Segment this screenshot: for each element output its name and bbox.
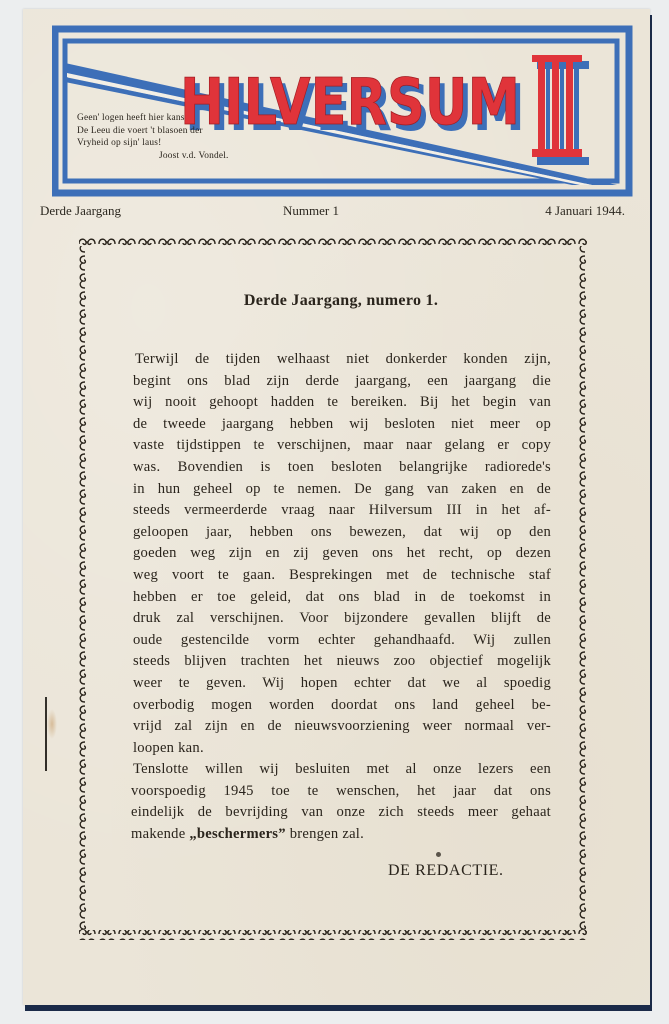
text-line: in hun geheel op te nemen. De gang van z… <box>131 479 551 501</box>
text-line: begint ons blad zijn derde jaargang, een… <box>131 371 551 393</box>
text-line: druk zal verschijnen. Voor bijzondere ge… <box>131 608 551 630</box>
editorial-article: Derde Jaargang, numero 1. Terwijl de tij… <box>131 292 551 846</box>
text-fragment: makende <box>131 826 189 842</box>
text-line: Tenslotte willen wij besluiten met al on… <box>131 759 551 781</box>
motto-author: Joost v.d. Vondel. <box>77 150 229 163</box>
text-line: overbodig mogen worden doordat ons land … <box>131 695 551 717</box>
signature: DE REDACTIE. <box>388 862 504 880</box>
text-line: voorspoedig 1945 toe te wenschen, het ja… <box>131 781 551 803</box>
motto-line: De Leeu die voert 't blasoen der <box>77 125 229 138</box>
motto-line: Geen' logen heeft hier kans <box>77 112 229 125</box>
text-line: makende „beschermers” brengen zal. <box>131 824 551 846</box>
text-line: eindelijk de bevrijding van onze zich st… <box>131 802 551 824</box>
text-line: steeds vermeerderde vraag naar Hilversum… <box>131 500 551 522</box>
issue-info-bar: Derde Jaargang Nummer 1 4 Januari 1944. <box>40 203 625 221</box>
text-fragment: brengen zal. <box>286 826 364 842</box>
issue-date: 4 Januari 1944. <box>545 203 625 219</box>
volume-label: Derde Jaargang <box>40 203 121 219</box>
masthead: HILVERSUM HILVERSUM Geen' logen heeft hi… <box>52 25 634 197</box>
paragraph-1: Terwijl de tijden welhaast niet donkerde… <box>131 349 551 759</box>
text-line: vrijd zal zijn en de nieuwsvoorziening w… <box>131 716 551 738</box>
text-line: goeden weg zijn en zij geven ons het rec… <box>131 543 551 565</box>
motto-quote: Geen' logen heeft hier kans De Leeu die … <box>77 112 229 162</box>
text-line: hebben er toe geleid, dat ons blad in de… <box>131 587 551 609</box>
emphasized-word: „beschermers” <box>189 826 285 842</box>
motto-line: Vryheid op sijn' laus! <box>77 137 229 150</box>
text-line: weg voort te gaan. Besprekingen met de t… <box>131 565 551 587</box>
text-line: loopen kan. <box>131 738 551 760</box>
text-line: was. Bovendien is toen besloten belangri… <box>131 457 551 479</box>
issue-number: Nummer 1 <box>283 203 339 219</box>
text-line: vaste tijdstippen te verschijnen, maar n… <box>131 435 551 457</box>
text-line: geloopen jaar, hebben ons bewezen, dat w… <box>131 522 551 544</box>
masthead-frame-graphic: HILVERSUM HILVERSUM <box>52 25 634 197</box>
paragraph-2: Tenslotte willen wij besluiten met al on… <box>131 759 551 845</box>
text-line: steeds blijven trachten het nieuws zoo o… <box>131 651 551 673</box>
article-heading: Derde Jaargang, numero 1. <box>131 292 551 310</box>
text-line: oude gestencilde vorm echter gehandhaafd… <box>131 630 551 652</box>
text-line: wij nooit gehoopt hadden te bereiken. Bi… <box>131 392 551 414</box>
title-text: HILVERSUM <box>180 66 520 140</box>
text-line: Terwijl de tijden welhaast niet donkerde… <box>131 349 551 371</box>
rust-stain <box>47 709 57 739</box>
text-line: de tweede jaargang hebben wij besloten n… <box>131 414 551 436</box>
text-line: weer te geven. Wij hopen echter dat we a… <box>131 673 551 695</box>
ink-dot <box>436 852 441 857</box>
